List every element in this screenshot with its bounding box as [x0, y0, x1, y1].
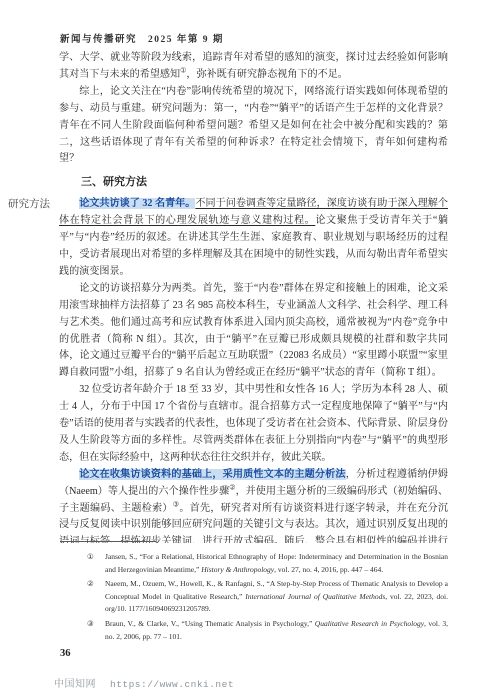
footnote-text: , vol. 27, no. 4, 2016, pp. 447 – 464.	[274, 565, 383, 574]
footnote-divider	[60, 541, 156, 542]
margin-annotation-label[interactable]: 研究方法	[8, 196, 50, 211]
article-body: 学、大学、就业等阶段为线索，追踪青年对希望的感知的演变，探讨过去经验如何影响其对…	[59, 50, 448, 543]
paragraph-analysis-method: 论文在收集访谈资料的基础上，采用质性文本的主题分析法，分析过程遵循纳伊姆（Nae…	[59, 467, 448, 543]
footnote-text: Braun, V., & Clarke, V., “Using Thematic…	[105, 619, 315, 628]
page-number: 36	[60, 648, 71, 659]
cnki-url[interactable]: https://www.cnki.net	[110, 679, 234, 690]
paragraph-recruitment: 论文的访谈招募分为两类。首先，鉴于“内卷”群体在界定和接触上的困难，论文采用滚雪…	[59, 281, 448, 382]
footnote-item: ②Naeem, M., Ozuem, W., Howell, K., & Ran…	[60, 578, 448, 616]
cnki-watermark-text: 中国知网	[54, 679, 96, 690]
paragraph-sample-profile: 32 位受访者年龄介于 18 至 33 岁，其中男性和女性各 16 人；学历为本…	[59, 382, 448, 467]
highlighted-text[interactable]: 论文共访谈了 32 名青年。	[79, 198, 195, 209]
footnote-section: ①Jansen, S., “For a Relational, Historic…	[60, 541, 448, 645]
journal-header-line: 新闻与传播研究 2025 年第 9 期	[60, 31, 224, 45]
footnote-number: ①	[87, 551, 94, 564]
cnki-watermark: 中国知网https://www.cnki.net	[54, 675, 234, 690]
paragraph-research-questions: 综上，论文关注在“内卷”影响传统希望的境况下，网络流行语实践如何体现希望的参与、…	[59, 84, 448, 169]
section-heading-methods: 三、研究方法	[59, 174, 448, 191]
footnote-item: ①Jansen, S., “For a Relational, Historic…	[60, 551, 448, 576]
footnote-number: ③	[87, 618, 94, 631]
paragraph-continuation: 学、大学、就业等阶段为线索，追踪青年对希望的感知的演变，探讨过去经验如何影响其对…	[59, 50, 448, 84]
highlighted-text[interactable]: 论文在收集访谈资料的基础上，采用质性文本的主题分析法	[79, 469, 345, 480]
paragraph-interviews: 论文共访谈了 32 名青年。不同于问卷调查等定量路径，深度访谈有助于深入理解个体…	[59, 196, 448, 281]
footnote-number: ②	[87, 578, 94, 591]
body-text: ，弥补既有研究静态视角下的不足。	[186, 69, 348, 80]
footnote-journal-title: International Journal of Qualitative Met…	[245, 592, 385, 601]
footnote-item: ③Braun, V., & Clarke, V., “Using Themati…	[60, 618, 448, 643]
footnote-journal-title: History & Anthropology	[201, 565, 274, 574]
footnote-journal-title: Qualitative Research in Psychology	[315, 619, 424, 628]
